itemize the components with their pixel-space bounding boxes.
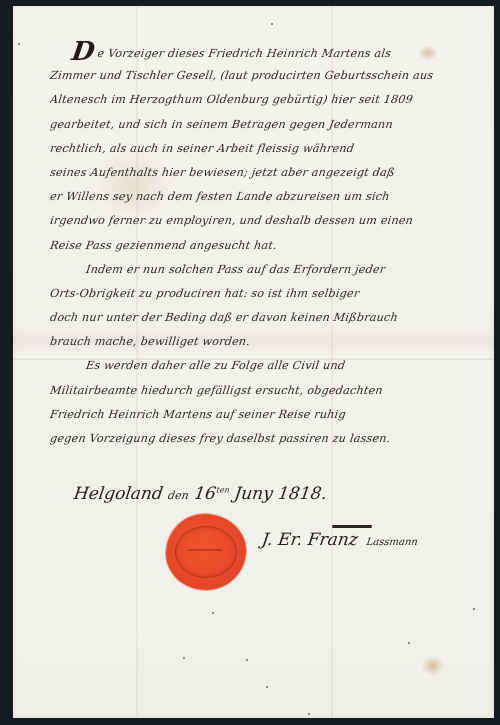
wax-seal	[166, 514, 246, 590]
body-line: De Vorzeiger dieses Friedrich Heinrich M…	[48, 40, 471, 64]
paper-speck	[408, 642, 410, 644]
body-line: doch nur unter der Beding daß er davon k…	[48, 306, 471, 330]
dropcap: D	[70, 40, 96, 64]
date-month: Juny	[233, 484, 274, 504]
document-scan: De Vorzeiger dieses Friedrich Heinrich M…	[0, 0, 500, 725]
body-line: Indem er nun solchen Pass auf das Erford…	[48, 258, 471, 282]
place-name: Helgoland	[73, 484, 165, 504]
body-line: Reise Pass gezienmend angesucht hat.	[48, 234, 471, 258]
body-line: gearbeitet, und sich in seinem Betragen …	[48, 113, 471, 137]
body-line: brauch mache, bewilliget worden.	[48, 330, 471, 354]
paper-speck	[271, 23, 273, 25]
body-line: er Willens sey nach dem festen Lande abz…	[48, 185, 471, 209]
body-line: irgendwo ferner zu employiren, und desha…	[48, 209, 471, 233]
paper-speck	[308, 713, 310, 715]
place-date-line: Helgoland den 16ten Juny 1818.	[73, 484, 329, 504]
signature-flourish	[332, 525, 372, 528]
paper-speck	[183, 657, 185, 659]
body-line: Zimmer und Tischler Gesell, (laut produc…	[48, 64, 471, 88]
signature-name: J. Er. Franz	[261, 530, 360, 550]
paper-speck	[246, 659, 248, 661]
date-day: 16	[193, 484, 217, 504]
paper-speck	[212, 612, 214, 614]
paper-speck	[18, 43, 20, 45]
body-line: rechtlich, als auch in seiner Arbeit fle…	[48, 137, 471, 161]
signature: J. Er. Franz Lassmann	[261, 530, 420, 550]
body-line: seines Aufenthalts hier bewiesen; jetzt …	[48, 161, 471, 185]
date-year: 1818.	[277, 484, 328, 504]
date-day-suffix: ten	[216, 485, 230, 494]
seal-impression	[175, 526, 237, 578]
body-line: Es werden daher alle zu Folge alle Civil…	[48, 354, 471, 378]
document-body: De Vorzeiger dieses Friedrich Heinrich M…	[50, 40, 470, 451]
seal-emblem	[188, 549, 222, 551]
paper-speck	[266, 686, 268, 688]
body-line: Militairbeamte hiedurch gefälligst ersuc…	[48, 379, 471, 403]
body-line: gegen Vorzeigung dieses frey daselbst pa…	[48, 427, 471, 451]
body-line: Friedrich Heinrich Martens auf seiner Re…	[48, 403, 471, 427]
signature-title: Lassmann	[366, 537, 419, 548]
paper-speck	[473, 608, 475, 610]
date-prefix: den	[167, 489, 189, 502]
body-line: Orts-Obrigkeit zu produciren hat: so ist…	[48, 282, 471, 306]
body-line: Altenesch im Herzogthum Oldenburg gebürt…	[48, 88, 471, 112]
